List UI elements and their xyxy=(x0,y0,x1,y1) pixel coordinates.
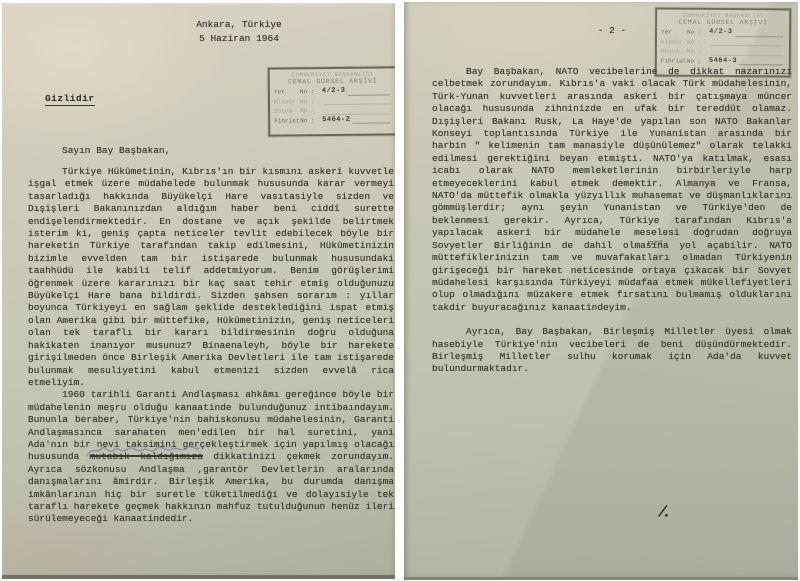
stamp-no-label: No : xyxy=(300,97,322,107)
stamp-dosya-label: Dosya xyxy=(661,47,687,57)
archive-stamp: CUMHURİYET BAŞKANLIĞI CEMAL GÜRSEL ARŞİV… xyxy=(268,66,395,136)
classification-marking: Gizlidir xyxy=(45,93,95,106)
salutation: Sayın Bay Başbakan, xyxy=(62,145,170,156)
stamp-no-label: No : xyxy=(687,28,709,38)
stamp-archive-line: CEMAL GÜRSEL ARŞİVİ xyxy=(661,19,785,27)
stamp-yer-label: Yer xyxy=(274,87,300,97)
stamp-klasor-label: Klasör xyxy=(274,97,300,107)
stamp-yer-value: 4/2-3 xyxy=(709,28,733,38)
dateline: Ankara, Türkiye 5 Haziran 1964 xyxy=(184,18,294,45)
paragraph: 1960 tarihli Garanti Andlaşması ahkâmı g… xyxy=(28,389,394,525)
dateline-city: Ankara, Türkiye xyxy=(184,18,294,32)
stamp-rule xyxy=(324,112,390,115)
page-number: - 2 - xyxy=(582,25,642,36)
stamp-rule xyxy=(711,53,783,56)
paragraph: Bay Başbakan, NATO vecibelerine de dikka… xyxy=(432,66,792,314)
stamp-fihrist-label: Fihrist xyxy=(274,116,300,126)
stamp-no-label: No : xyxy=(300,87,322,97)
stamp-no-label: No : xyxy=(687,56,709,66)
stamp-yer-label: Yer xyxy=(661,28,687,38)
stamp-row-fihrist: Fihrist No : 5464-3 xyxy=(661,56,785,66)
paragraph: Ayrıca, Bay Başbakan, Birleşmiş Milletle… xyxy=(432,326,792,376)
handwritten-insertion: rıza xyxy=(647,237,663,247)
paragraph: Türkiye Hükûmetinin, Kıbrıs'ın bir kısmı… xyxy=(28,166,394,389)
stamp-row-dosya: Dosya No : xyxy=(274,105,392,116)
stamp-row-dosya: Dosya No : xyxy=(661,47,785,57)
dateline-date: 5 Haziran 1964 xyxy=(184,32,294,46)
stamp-no-label: No : xyxy=(300,116,322,126)
stamp-archive-line: CEMAL GÜRSEL ARŞİVİ xyxy=(274,77,392,85)
strikethrough-text: mutabık kaldığımıza xyxy=(90,451,203,462)
struck-text: mutabık kaldığımıza xyxy=(90,451,203,462)
stamp-dosya-label: Dosya xyxy=(274,106,300,116)
stamp-rule xyxy=(352,121,390,123)
stamp-no-label: No : xyxy=(300,106,322,116)
stamp-yer-value: 4/2-3 xyxy=(322,87,346,97)
stamp-no-label: No : xyxy=(687,47,709,57)
letter-page-1: Ankara, Türkiye 5 Haziran 1964 CUMHURİYE… xyxy=(2,3,395,579)
stamp-no-label: No : xyxy=(687,37,709,47)
stamp-rule xyxy=(735,35,783,37)
letter-body-page-1: Türkiye Hükûmetinin, Kıbrıs'ın bir kısmı… xyxy=(28,166,394,526)
stamp-row-fihrist: Fihrist No : 5464-2 xyxy=(274,115,392,126)
handwritten-paraph-mark: /. xyxy=(659,501,671,520)
letter-body-page-2: Bay Başbakan, NATO vecibelerine de dikka… xyxy=(432,66,792,376)
stamp-fihrist-label: Fihrist xyxy=(661,56,687,66)
document-scan: Ankara, Türkiye 5 Haziran 1964 CUMHURİYE… xyxy=(0,0,800,581)
stamp-fihrist-value: 5464-3 xyxy=(709,56,737,66)
stamp-fihrist-value: 5464-2 xyxy=(322,115,350,125)
letter-page-2: - 2 - CUMHURİYET BAŞKANLIĞI CEMAL GÜRSEL… xyxy=(404,2,798,580)
stamp-klasor-label: Klasör xyxy=(661,37,687,47)
